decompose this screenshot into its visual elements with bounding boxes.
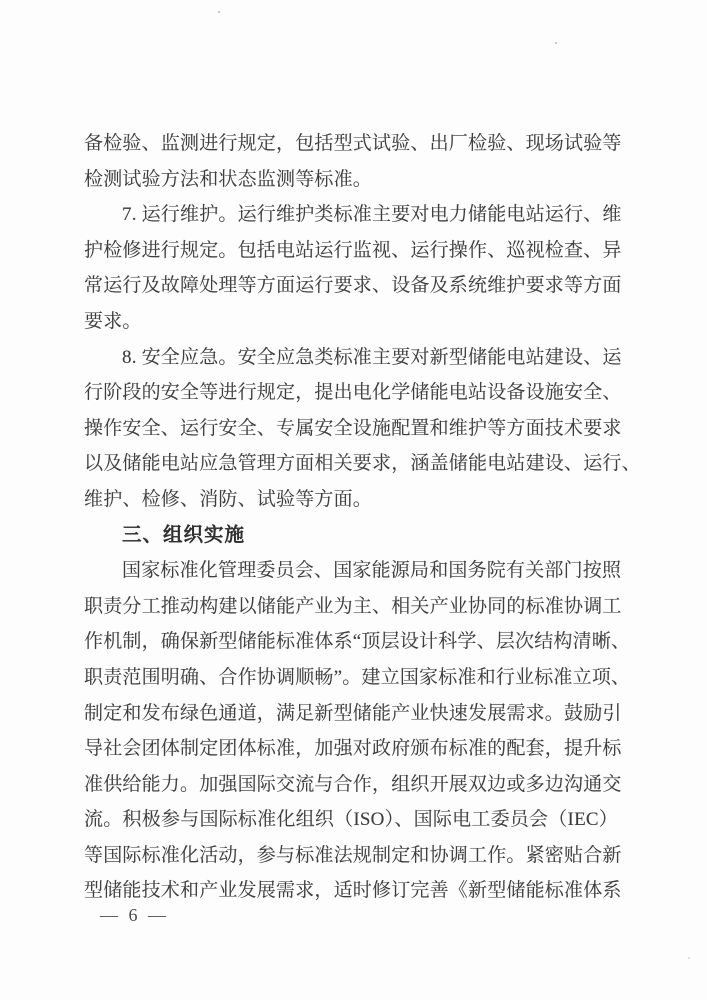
text-line: 护检修进行规定。包括电站运行监视、运行操作、巡视检查、异 (84, 233, 618, 269)
scan-speck (688, 957, 690, 959)
text-line: 制定和发布绿色通道，满足新型储能产业快速发展需求。鼓励引 (84, 696, 618, 732)
text-line: 以及储能电站应急管理方面相关要求，涵盖储能电站建设、运行、 (84, 446, 618, 482)
scan-speck (555, 42, 557, 44)
text-line: 要求。 (84, 304, 618, 340)
document-content: 备检验、监测进行规定，包括型式试验、出厂检验、现场试验等检测试验方法和状态监测等… (84, 126, 618, 909)
text-line: 7. 运行维护。运行维护类标准主要对电力储能电站运行、维 (84, 197, 618, 233)
text-line: 导社会团体制定团体标准，加强对政府颁布标准的配套，提升标 (84, 731, 618, 767)
text-line: 检测试验方法和状态监测等标准。 (84, 162, 618, 198)
text-line: 操作安全、运行安全、专属安全设施配置和维护等方面技术要求 (84, 411, 618, 447)
text-line: 维护、检修、消防、试验等方面。 (84, 482, 618, 518)
text-line: 8. 安全应急。安全应急类标准主要对新型储能电站建设、运 (84, 340, 618, 376)
section-heading: 三、组织实施 (84, 518, 618, 554)
text-line: 备检验、监测进行规定，包括型式试验、出厂检验、现场试验等 (84, 126, 618, 162)
text-line: 准供给能力。加强国际交流与合作，组织开展双边或多边沟通交 (84, 767, 618, 803)
page-number: — 6 — (100, 905, 169, 926)
text-line: 国家标准化管理委员会、国家能源局和国务院有关部门按照 (84, 553, 618, 589)
text-line: 行阶段的安全等进行规定，提出电化学储能电站设备设施安全、 (84, 375, 618, 411)
text-line: 等国际标准化活动，参与标准法规制定和协调工作。紧密贴合新 (84, 838, 618, 874)
text-line: 流。积极参与国际标准化组织（ISO）、国际电工委员会（IEC） (84, 802, 618, 838)
scan-speck (218, 11, 220, 13)
text-line: 职责分工推动构建以储能产业为主、相关产业协同的标准协调工 (84, 589, 618, 625)
text-line: 型储能技术和产业发展需求，适时修订完善《新型储能标准体系 (84, 873, 618, 909)
text-line: 作机制，确保新型储能标准体系“顶层设计科学、层次结构清晰、 (84, 624, 618, 660)
text-line: 常运行及故障处理等方面运行要求、设备及系统维护要求等方面 (84, 268, 618, 304)
scanned-document-page: 备检验、监测进行规定，包括型式试验、出厂检验、现场试验等检测试验方法和状态监测等… (0, 0, 707, 1000)
text-line: 职责范围明确、合作协调顺畅”。建立国家标准和行业标准立项、 (84, 660, 618, 696)
